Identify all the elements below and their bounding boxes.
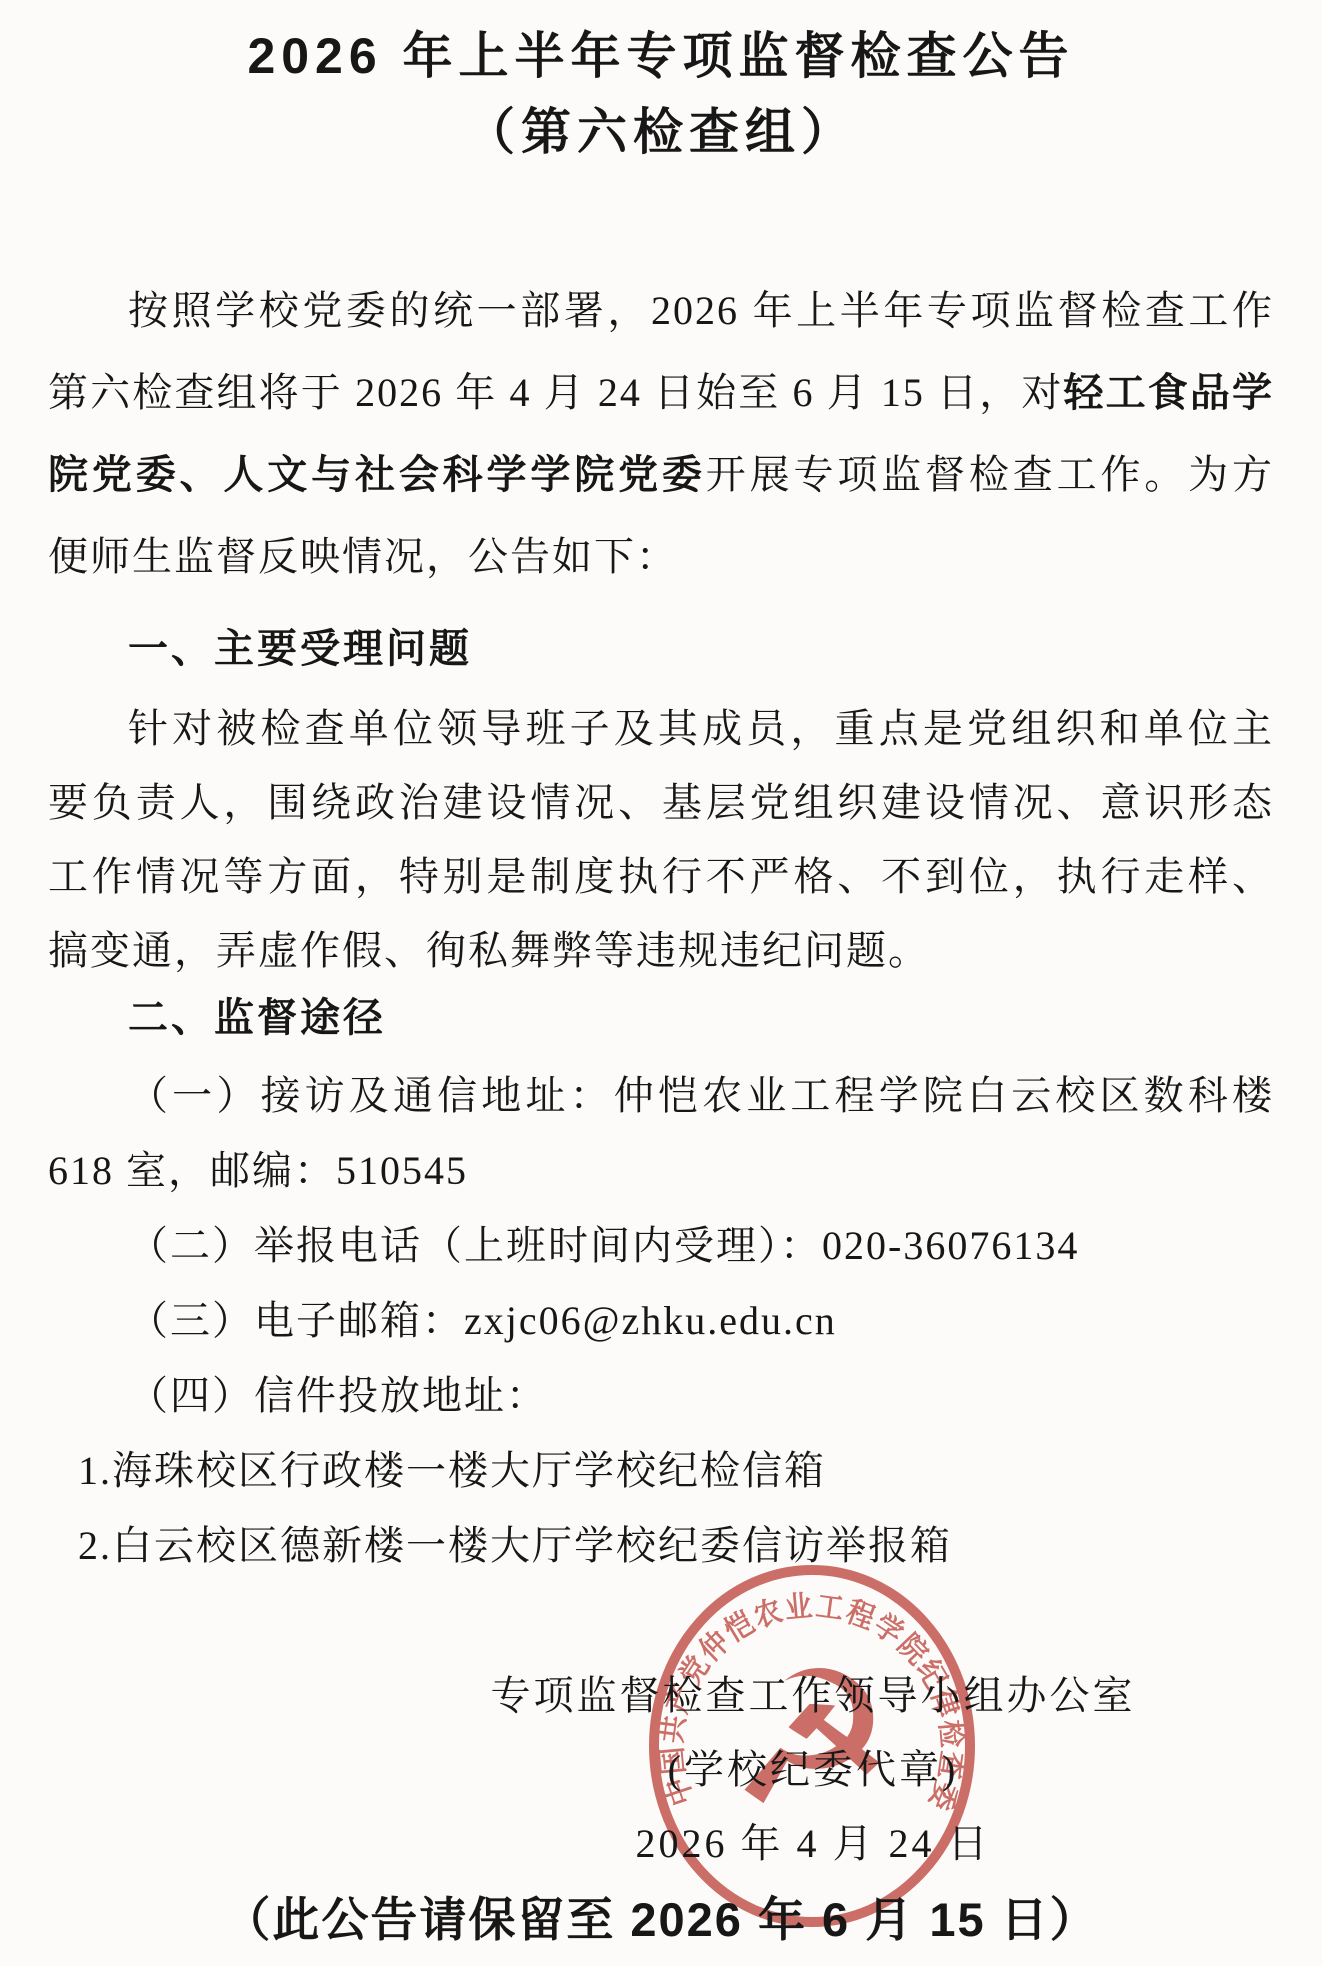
text-segment: 一、主要受理问题 (128, 627, 472, 671)
signature-office: 专项监督检查工作领导小组办公室 (200, 1659, 1322, 1733)
doc-line: 院党委、人文与社会科学学院党委开展专项监督检查工作。为方 (48, 434, 1274, 516)
doc-line: 按照学校党委的统一部署，2026 年上半年专项监督检查工作 (48, 270, 1274, 352)
doc-line: 第六检查组将于 2026 年 4 月 24 日始至 6 月 15 日，对轻工食品… (48, 352, 1274, 434)
text-segment: （一）接访及通信地址：仲恺农业工程学院白云校区数科楼 (128, 1073, 1274, 1118)
document-body: 按照学校党委的统一部署，2026 年上半年专项监督检查工作第六检查组将于 202… (48, 270, 1274, 1583)
announcement-page: 2026 年上半年专项监督检查公告 （第六检查组） 按照学校党委的统一部署，20… (0, 0, 1322, 1966)
text-segment: （三）电子邮箱：zxjc06@zhku.edu.cn (128, 1298, 837, 1343)
text-segment: 针对被检查单位领导班子及其成员，重点是党组织和单位主 (128, 706, 1274, 751)
signature-proxy-note: (学校纪委代章) (200, 1733, 1322, 1807)
text-segment: 1.海珠校区行政楼一楼大厅学校纪检信箱 (78, 1448, 826, 1493)
text-segment: 按照学校党委的统一部署，2026 年上半年专项监督检查工作 (128, 288, 1274, 333)
text-segment: （四）信件投放地址： (128, 1373, 548, 1418)
doc-line: 要负责人，围绕政治建设情况、基层党组织建设情况、意识形态 (48, 766, 1274, 840)
document-title-line2: （第六检查组） (48, 94, 1274, 170)
emphasis-text: 轻工食品学 (1063, 371, 1274, 415)
text-segment: （二）举报电话（上班时间内受理）：020-36076134 (128, 1223, 1079, 1268)
text-segment: 便师生监督反映情况，公告如下： (48, 534, 678, 579)
text-segment: 工作情况等方面，特别是制度执行不严格、不到位，执行走样、 (48, 854, 1274, 899)
doc-line: 便师生监督反映情况，公告如下： (48, 516, 1274, 598)
emphasis-text: 院党委、人文与社会科学学院党委 (48, 453, 706, 497)
document-content: 2026 年上半年专项监督检查公告 （第六检查组） 按照学校党委的统一部署，20… (0, 0, 1322, 1959)
section-heading: 二、监督途径 (48, 978, 1274, 1058)
doc-line: （二）举报电话（上班时间内受理）：020-36076134 (48, 1208, 1274, 1283)
text-segment: 第六检查组将于 2026 年 4 月 24 日始至 6 月 15 日，对 (48, 370, 1063, 415)
section-heading: 一、主要受理问题 (48, 606, 1274, 692)
doc-line: 2.白云校区德新楼一楼大厅学校纪委信访举报箱 (48, 1508, 1274, 1583)
signature-date: 2026 年 4 月 24 日 (200, 1807, 1322, 1881)
doc-line: （三）电子邮箱：zxjc06@zhku.edu.cn (48, 1283, 1274, 1358)
text-segment: 开展专项监督检查工作。为方 (706, 452, 1274, 497)
text-segment: 618 室，邮编：510545 (48, 1148, 468, 1193)
text-segment: 二、监督途径 (128, 996, 386, 1040)
doc-line: （一）接访及通信地址：仲恺农业工程学院白云校区数科楼 (48, 1058, 1274, 1133)
retention-notice: （此公告请保留至 2026 年 6 月 15 日） (48, 1881, 1274, 1959)
text-segment: 搞变通，弄虚作假、徇私舞弊等违规违纪问题。 (48, 928, 930, 973)
text-segment: 要负责人，围绕政治建设情况、基层党组织建设情况、意识形态 (48, 780, 1274, 825)
doc-line: 工作情况等方面，特别是制度执行不严格、不到位，执行走样、 (48, 840, 1274, 914)
doc-line: 针对被检查单位领导班子及其成员，重点是党组织和单位主 (48, 692, 1274, 766)
doc-line: 1.海珠校区行政楼一楼大厅学校纪检信箱 (48, 1433, 1274, 1508)
document-title-line1: 2026 年上半年专项监督检查公告 (48, 18, 1274, 94)
doc-line: （四）信件投放地址： (48, 1358, 1274, 1433)
doc-line: 搞变通，弄虚作假、徇私舞弊等违规违纪问题。 (48, 914, 1274, 988)
signature-block: 专项监督检查工作领导小组办公室 (学校纪委代章) 2026 年 4 月 24 日 (200, 1659, 1322, 1881)
doc-line: 618 室，邮编：510545 (48, 1133, 1274, 1208)
text-segment: 2.白云校区德新楼一楼大厅学校纪委信访举报箱 (78, 1523, 952, 1568)
